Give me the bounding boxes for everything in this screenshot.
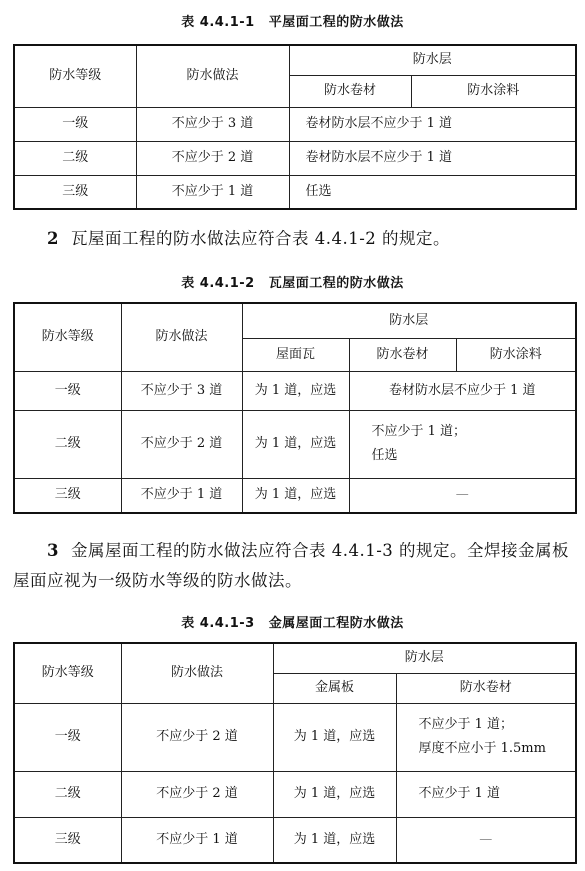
table3-metal-roof: 防水等级 防水做法 防水层 金属板 防水卷材 一级 不应少于 2 道 为 1 道… <box>13 642 577 864</box>
table3-header-layer: 防水层 <box>273 643 576 673</box>
method-cell: 不应少于 3 道 <box>121 371 242 410</box>
table2-caption: 表 4.4.1-2瓦屋面工程的防水做法 <box>0 272 585 291</box>
table3-caption: 表 4.4.1-3金属屋面工程防水做法 <box>0 612 585 631</box>
layer-cell: 卷材防水层不应少于 1 道 <box>349 371 576 410</box>
paragraph-text: 金属屋面工程的防水做法应符合表 4.4.1-3 的规定。全焊接金属板屋面应视为一… <box>13 541 569 590</box>
grade-cell: 二级 <box>14 771 121 817</box>
table-row: 三级 不应少于 1 道 为 1 道，应选 — <box>14 478 576 513</box>
table3-header-grade: 防水等级 <box>14 643 121 703</box>
table1-header-method: 防水做法 <box>136 45 289 107</box>
tile-cell: 为 1 道，应选 <box>242 410 349 478</box>
layer-line-1: 不应少于 1 道； <box>372 423 576 441</box>
table-row: 一级 不应少于 3 道 卷材防水层不应少于 1 道 <box>14 107 576 141</box>
layer-line-2: 任选 <box>372 447 576 465</box>
table1-header-grade: 防水等级 <box>14 45 136 107</box>
membrane-line-2: 厚度不应小于 1.5mm <box>419 740 576 758</box>
grade-cell: 一级 <box>14 107 136 141</box>
table3-caption-title: 金属屋面工程防水做法 <box>269 616 404 631</box>
method-cell: 不应少于 2 道 <box>121 410 242 478</box>
grade-cell: 二级 <box>14 141 136 175</box>
grade-cell: 三级 <box>14 478 121 513</box>
paragraph-text: 瓦屋面工程的防水做法应符合表 4.4.1-2 的规定。 <box>71 229 450 248</box>
membrane-cell: — <box>396 817 576 863</box>
paragraph-3: 3金属屋面工程的防水做法应符合表 4.4.1-3 的规定。全焊接金属板屋面应视为… <box>13 536 578 596</box>
table2-tile-roof: 防水等级 防水做法 防水层 屋面瓦 防水卷材 防水涂料 一级 不应少于 3 道 … <box>13 302 577 514</box>
paragraph-number: 2 <box>47 229 59 248</box>
table3-header-membrane: 防水卷材 <box>396 673 576 703</box>
table2-header-coating: 防水涂料 <box>456 338 576 371</box>
method-cell: 不应少于 3 道 <box>136 107 289 141</box>
layer-cell: — <box>349 478 576 513</box>
table2-header-tile: 屋面瓦 <box>242 338 349 371</box>
table1-caption: 表 4.4.1-1平屋面工程的防水做法 <box>0 11 585 30</box>
layer-cell: 不应少于 1 道； 任选 <box>349 410 576 478</box>
table1-header-coating: 防水涂料 <box>411 75 576 107</box>
table2-header-membrane: 防水卷材 <box>349 338 456 371</box>
table2-header-grade: 防水等级 <box>14 303 121 371</box>
table1-caption-number: 表 4.4.1-1 <box>181 15 254 30</box>
table2-header-method: 防水做法 <box>121 303 242 371</box>
table-row: 三级 不应少于 1 道 为 1 道，应选 — <box>14 817 576 863</box>
layer-cell: 卷材防水层不应少于 1 道 <box>289 141 576 175</box>
layer-cell: 卷材防水层不应少于 1 道 <box>289 107 576 141</box>
membrane-cell: 不应少于 1 道 <box>396 771 576 817</box>
table3-caption-number: 表 4.4.1-3 <box>181 616 254 631</box>
tile-cell: 为 1 道，应选 <box>242 371 349 410</box>
method-cell: 不应少于 2 道 <box>121 703 273 771</box>
table-row: 二级 不应少于 2 道 为 1 道，应选 不应少于 1 道； 任选 <box>14 410 576 478</box>
table2-caption-title: 瓦屋面工程的防水做法 <box>269 276 404 291</box>
membrane-line-1: 不应少于 1 道； <box>419 716 576 734</box>
metal-cell: 为 1 道，应选 <box>273 817 396 863</box>
table-row: 一级 不应少于 2 道 为 1 道，应选 不应少于 1 道； 厚度不应小于 1.… <box>14 703 576 771</box>
paragraph-number: 3 <box>47 541 59 560</box>
method-cell: 不应少于 1 道 <box>121 478 242 513</box>
table2-caption-number: 表 4.4.1-2 <box>181 276 254 291</box>
membrane-cell: 不应少于 1 道； 厚度不应小于 1.5mm <box>396 703 576 771</box>
grade-cell: 二级 <box>14 410 121 478</box>
table3-header-metal: 金属板 <box>273 673 396 703</box>
grade-cell: 一级 <box>14 703 121 771</box>
layer-cell: 任选 <box>289 175 576 209</box>
table1-header-layer: 防水层 <box>289 45 576 75</box>
metal-cell: 为 1 道，应选 <box>273 771 396 817</box>
table-row: 二级 不应少于 2 道 为 1 道，应选 不应少于 1 道 <box>14 771 576 817</box>
method-cell: 不应少于 2 道 <box>136 141 289 175</box>
method-cell: 不应少于 2 道 <box>121 771 273 817</box>
table1-flat-roof: 防水等级 防水做法 防水层 防水卷材 防水涂料 一级 不应少于 3 道 卷材防水… <box>13 44 577 210</box>
paragraph-2: 2瓦屋面工程的防水做法应符合表 4.4.1-2 的规定。 <box>13 224 578 254</box>
table1-header-membrane: 防水卷材 <box>289 75 411 107</box>
table3-header-method: 防水做法 <box>121 643 273 703</box>
tile-cell: 为 1 道，应选 <box>242 478 349 513</box>
table-row: 一级 不应少于 3 道 为 1 道，应选 卷材防水层不应少于 1 道 <box>14 371 576 410</box>
method-cell: 不应少于 1 道 <box>136 175 289 209</box>
table-row: 二级 不应少于 2 道 卷材防水层不应少于 1 道 <box>14 141 576 175</box>
table-row: 三级 不应少于 1 道 任选 <box>14 175 576 209</box>
method-cell: 不应少于 1 道 <box>121 817 273 863</box>
metal-cell: 为 1 道，应选 <box>273 703 396 771</box>
grade-cell: 三级 <box>14 175 136 209</box>
table1-caption-title: 平屋面工程的防水做法 <box>269 15 404 30</box>
grade-cell: 三级 <box>14 817 121 863</box>
table2-header-layer: 防水层 <box>242 303 576 338</box>
grade-cell: 一级 <box>14 371 121 410</box>
